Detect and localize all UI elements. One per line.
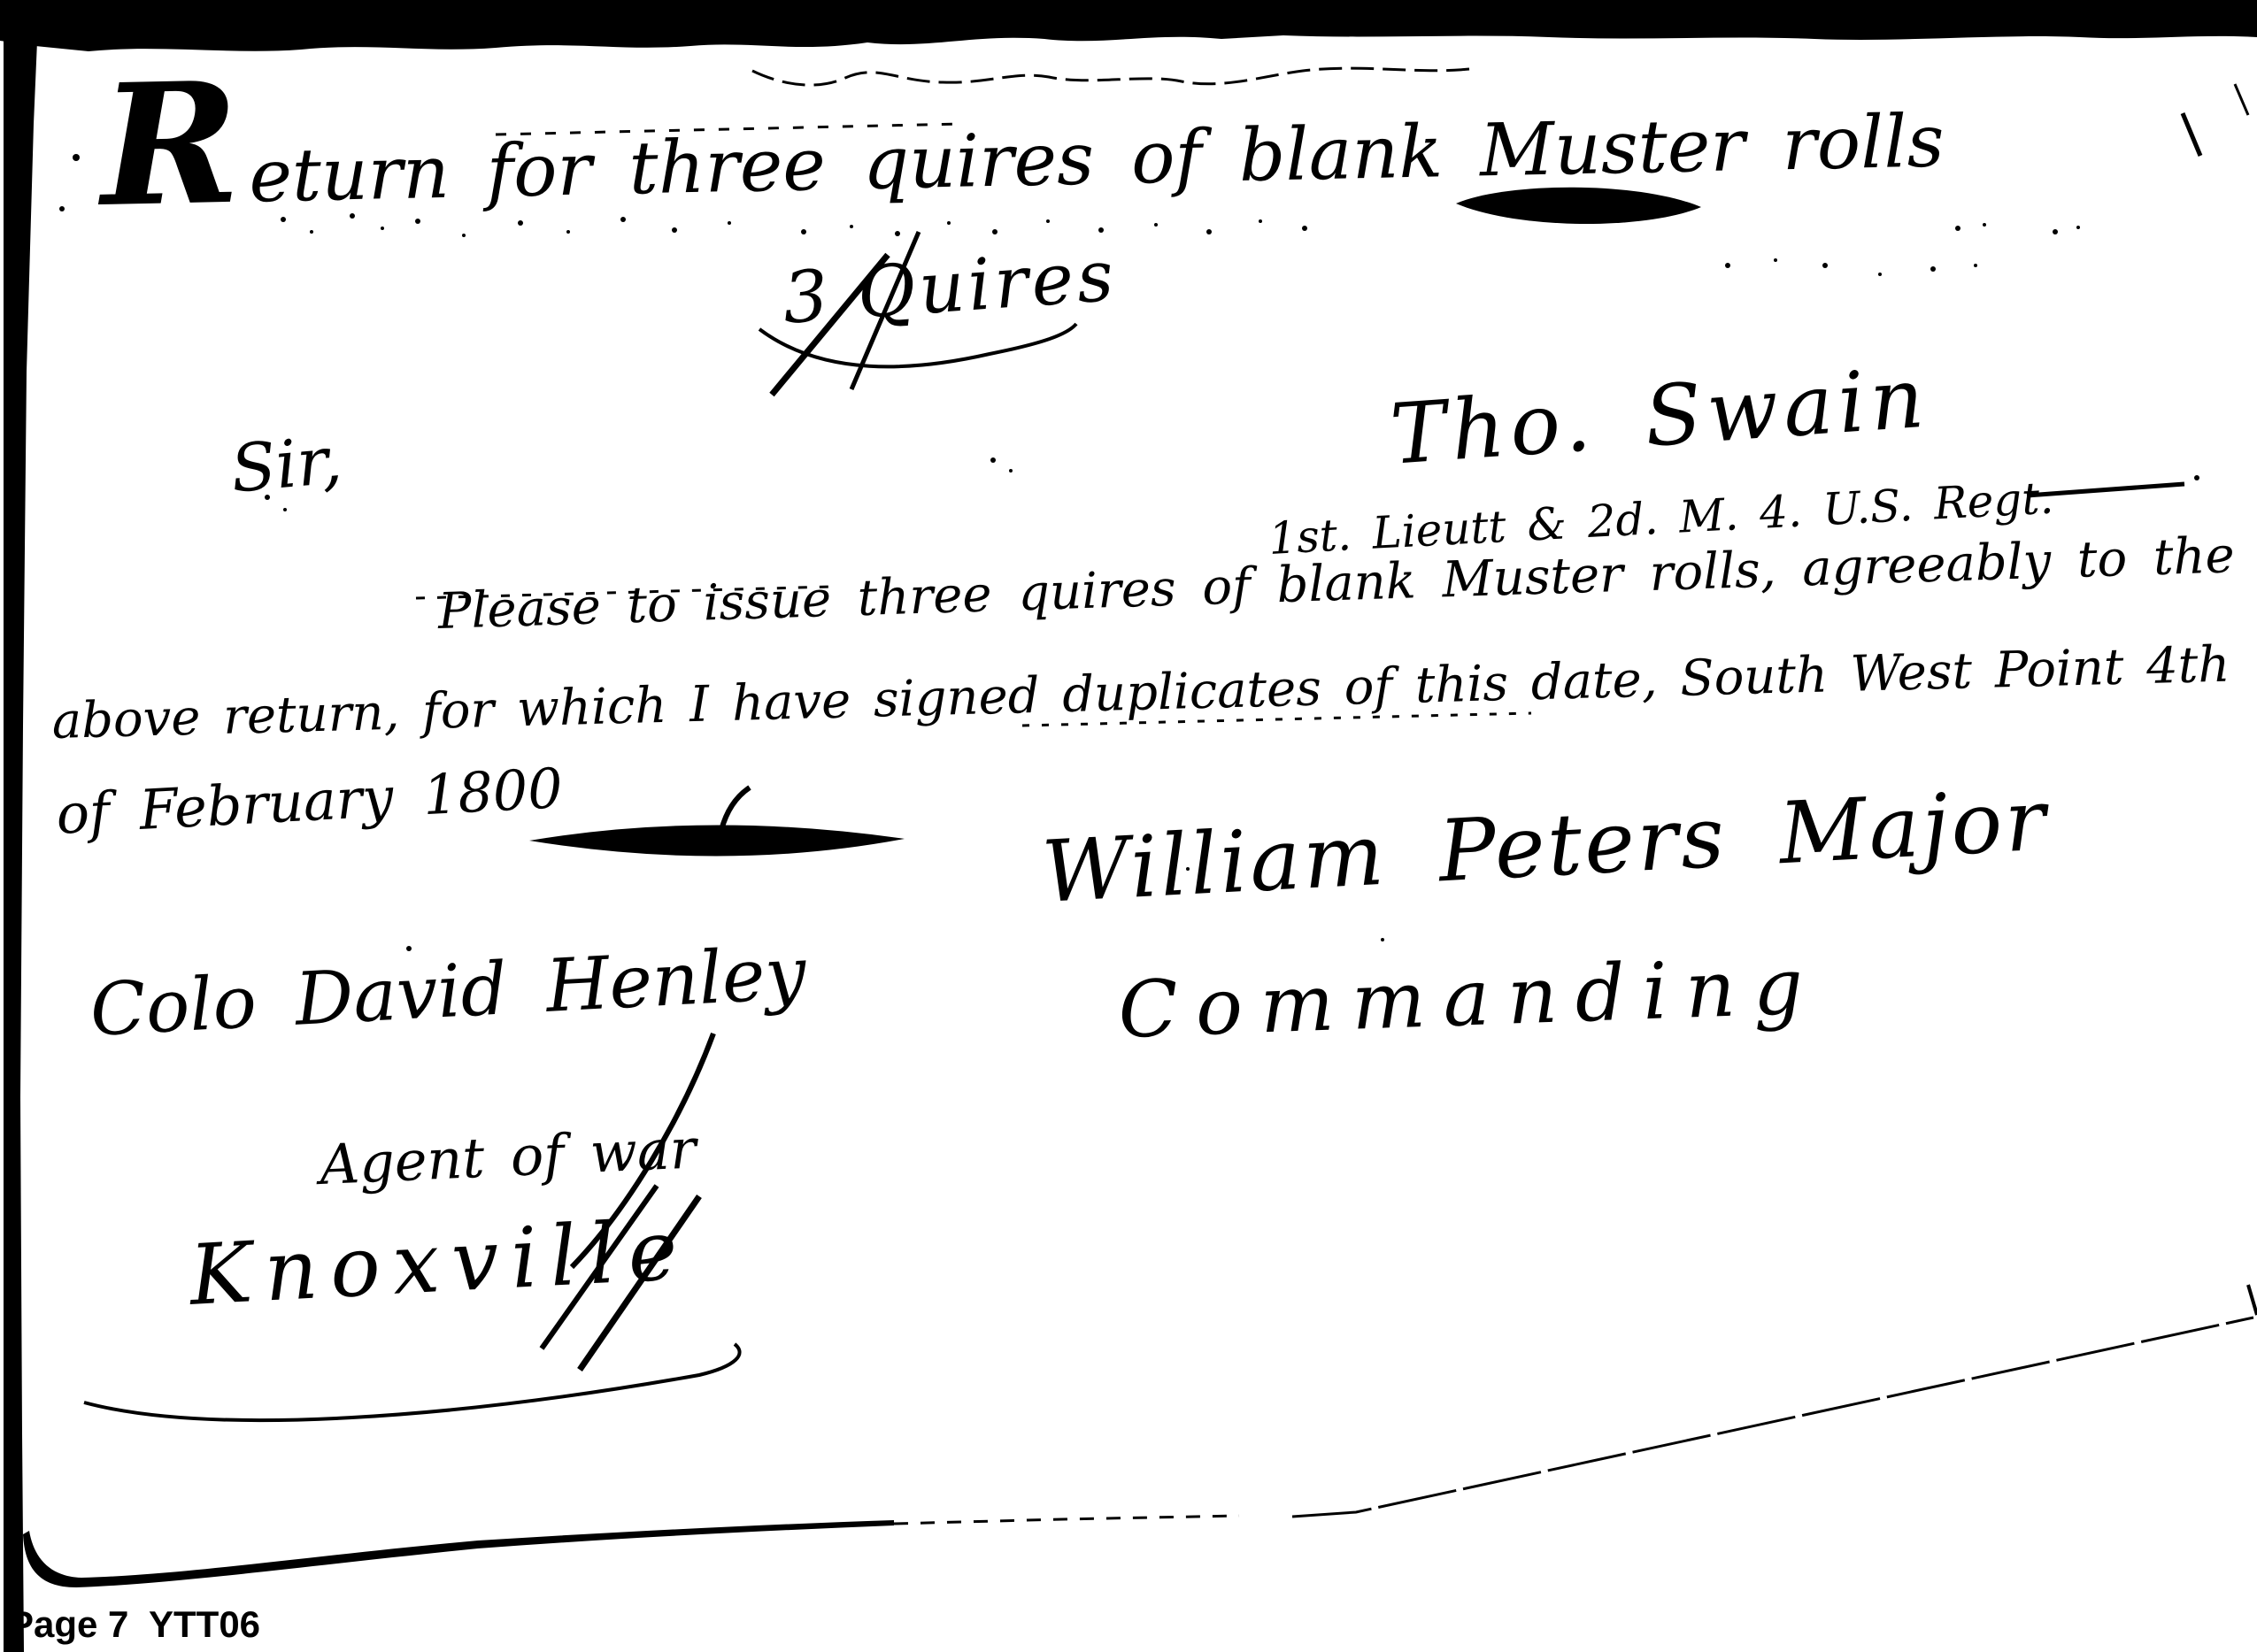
knoxville-underline-swash xyxy=(84,1344,740,1420)
fold-corner-tick xyxy=(2248,1285,2257,1315)
page-footer-label: Page 7 YTT06 xyxy=(9,1603,260,1646)
addressee-title: Agent of war xyxy=(319,1121,697,1192)
date-ink-dash xyxy=(529,825,905,856)
addressee-name: Colo David Henley xyxy=(89,938,808,1048)
scanned-letter-page: Return for three quires of blank Muster … xyxy=(0,0,2257,1652)
quantity-line: 3 Quires xyxy=(781,241,1119,334)
body-line-2: above return, for which I have signed du… xyxy=(51,641,2230,747)
addressee-location: Knoxville xyxy=(188,1209,691,1318)
left-scan-border xyxy=(4,0,39,1652)
body-line-3: of February 1800 xyxy=(55,761,564,842)
salutation: Sir, xyxy=(228,427,344,503)
signature-title-line: Commanding xyxy=(1117,947,1822,1049)
bottom-page-edge-dotted xyxy=(894,1516,1239,1524)
margin-tick-marks xyxy=(2183,84,2248,156)
return-title-line: Return for three quires of blank Muster … xyxy=(99,25,1945,230)
signature-name-line: William Peters Major xyxy=(1040,777,2050,914)
bottom-page-edge-thick xyxy=(23,1520,894,1587)
officer-name: Tho. Swain xyxy=(1388,357,1932,477)
date-dash-ascender-stroke xyxy=(721,788,750,830)
page-fold-diagonal xyxy=(1292,1318,2253,1517)
